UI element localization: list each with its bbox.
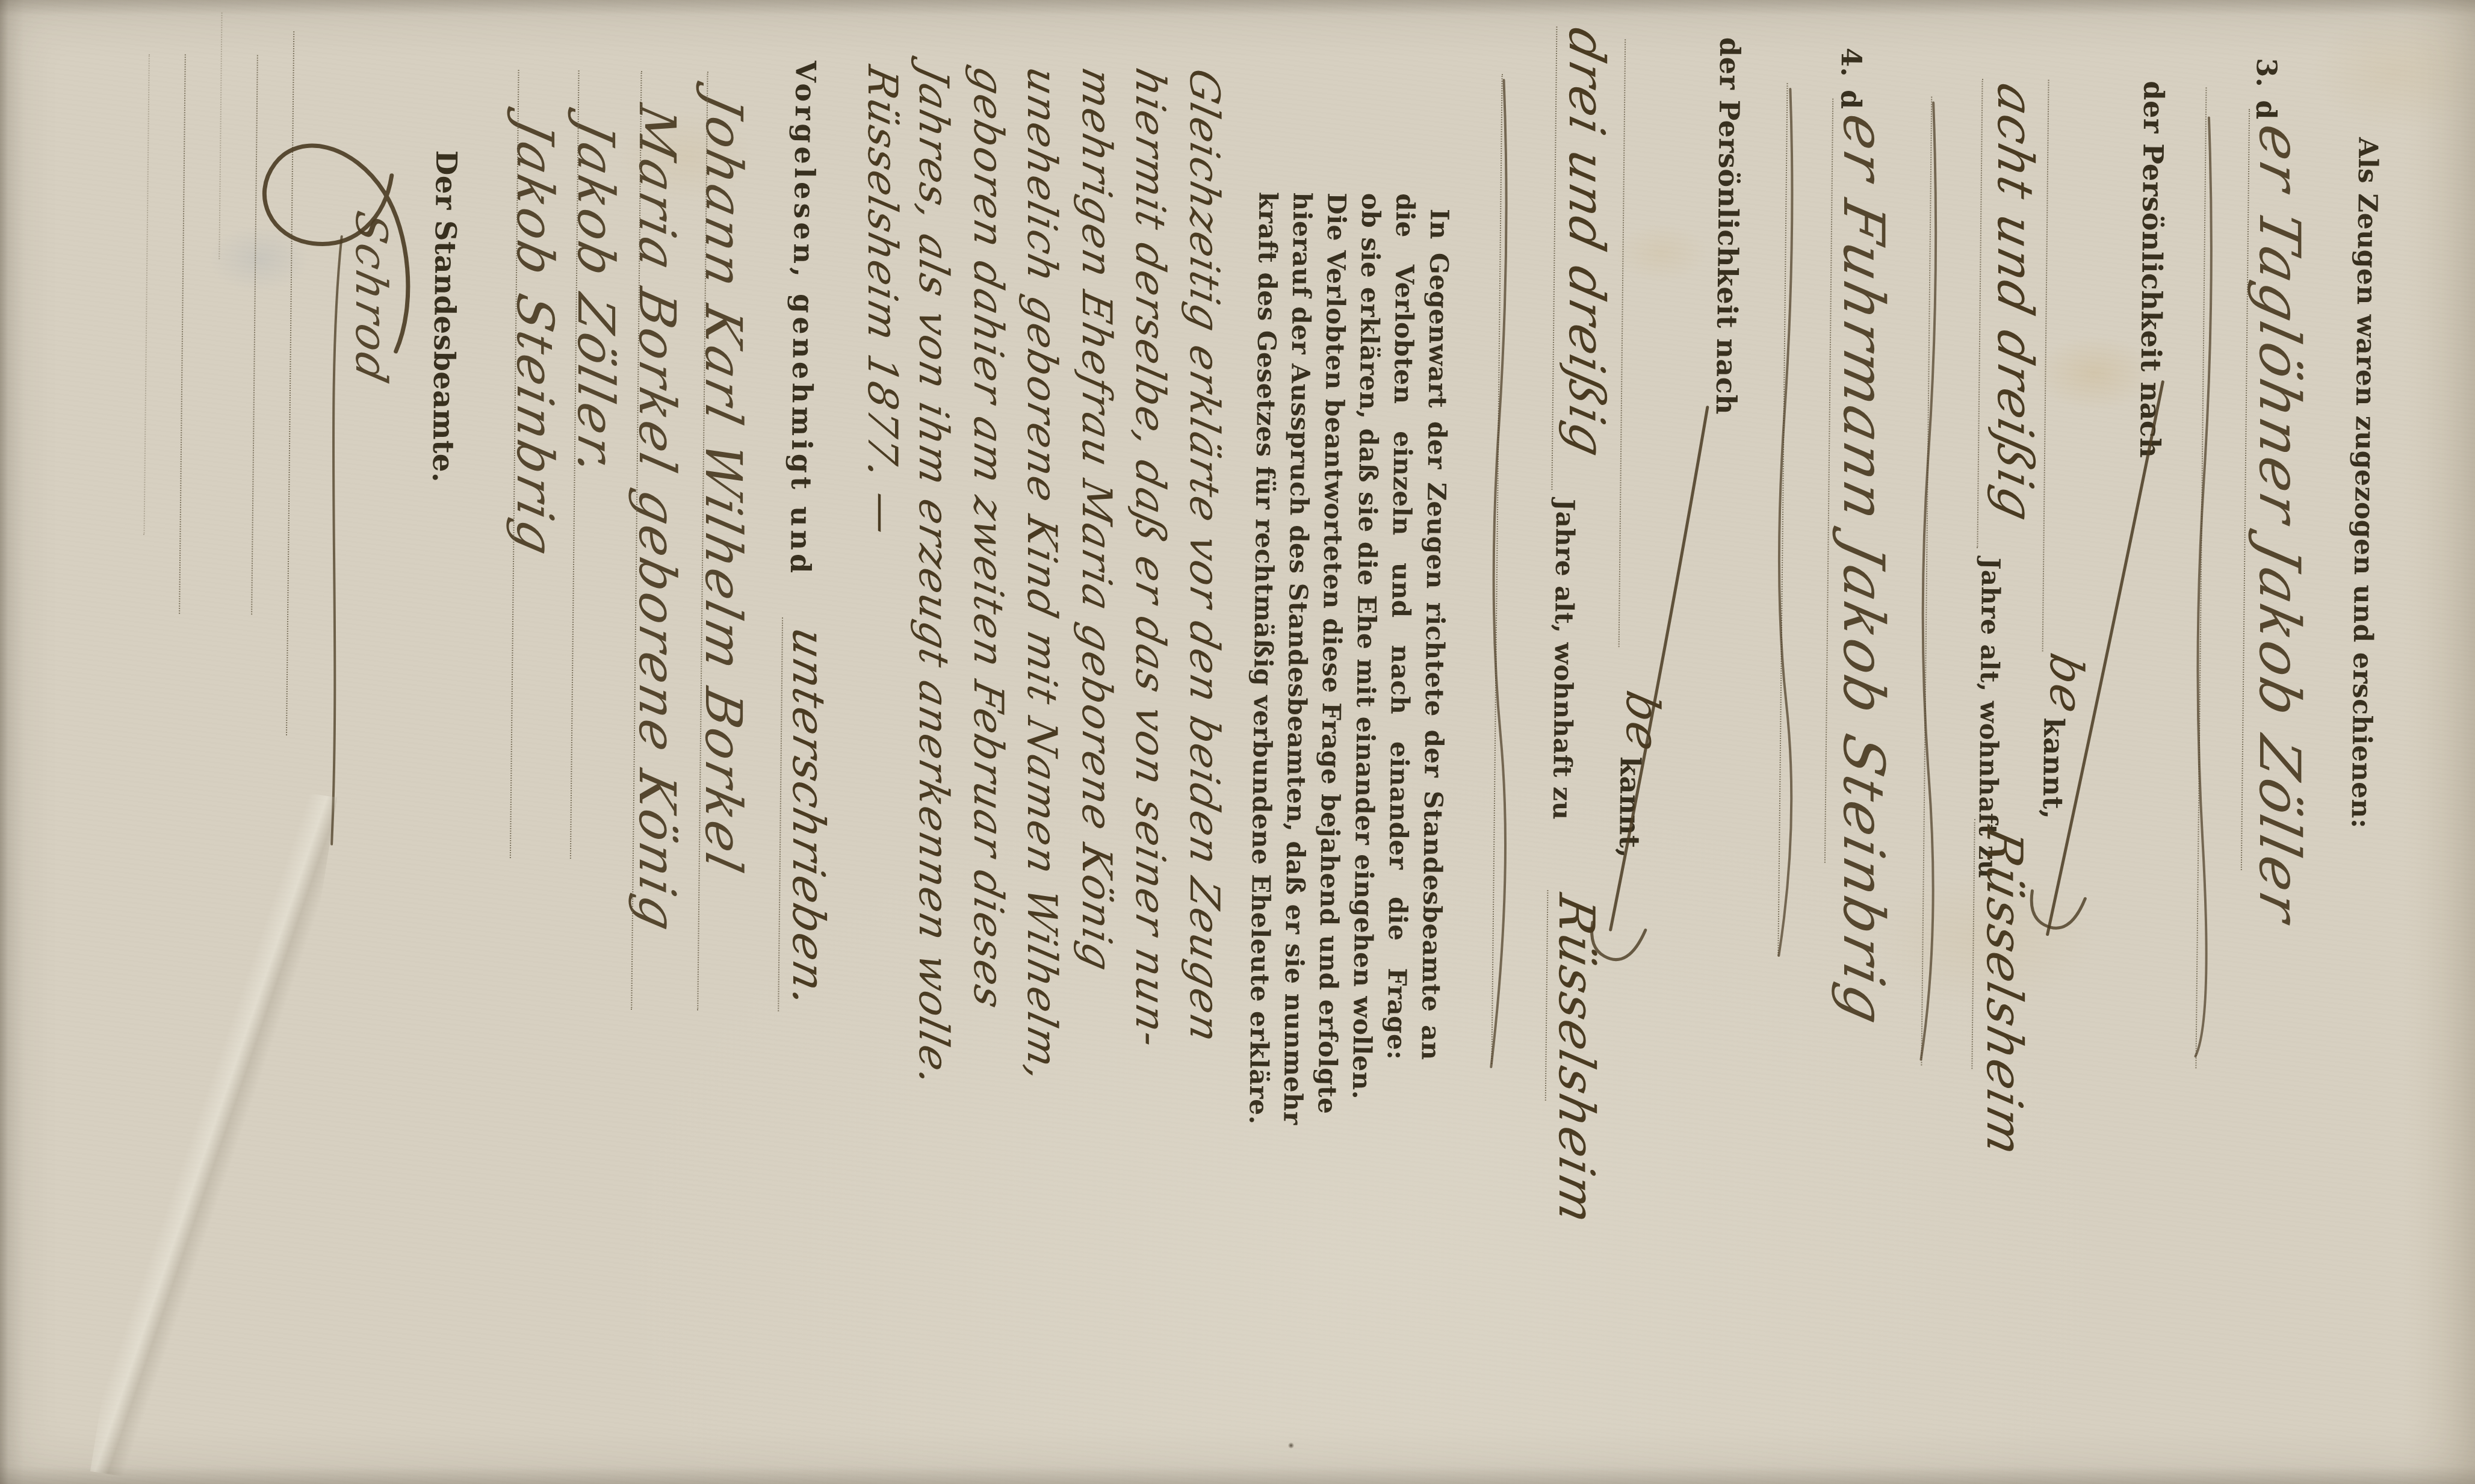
bottom-dotted-rule [143, 54, 149, 536]
witness3-be-handwriting: be [2040, 649, 2093, 720]
bottom-dotted-rule [251, 55, 258, 614]
paraph-tail-stroke [329, 237, 342, 844]
declaration-paragraph-line: Die Verlobten beantworteten diese Frage … [1313, 193, 1351, 1059]
witness3-kannt-label: kannt, [2037, 717, 2071, 819]
witness3-place-handwriting: Rüsselsheim [1975, 821, 2033, 1162]
witness4-be-handwriting: be [1616, 686, 1670, 757]
dotted-rule [1551, 26, 1557, 490]
witness4-name-handwriting: er Fuhrmann Jakob Steinbrig [1830, 108, 1896, 1033]
witness3-age-handwriting: acht und dreißig [1986, 78, 2043, 527]
bottom-dotted-rule [218, 13, 222, 259]
dotted-rule [1971, 819, 1975, 1069]
header-line: Als Zeugen waren zugezogen und erschiene… [2346, 137, 2384, 829]
dotted-rule [1491, 74, 1502, 1064]
witness4-kannt-label: kannt, [1613, 756, 1647, 858]
handwritten-note-line: mehrigen Ehefrau Maria geborene König [1073, 63, 1120, 976]
witness4-age-handwriting: drei und dreißig [1558, 23, 1615, 463]
bottom-dotted-rule [179, 54, 186, 614]
witness3-personality-label: der Persönlichkeit nach [2134, 81, 2170, 459]
handwritten-note-line: unehelich geborene Kind mit Namen Wilhel… [1018, 63, 1065, 1087]
handwritten-note-line: Jahres, als von ihm erzeugt anerkennen w… [909, 61, 957, 1091]
witness3-number: 3. [2250, 58, 2283, 88]
officiant-signature-handwriting: Schrod [346, 206, 397, 389]
witness4-age-label: Jahre alt, wohnhaft zu [1547, 499, 1581, 820]
witness4-prefix: d [1835, 90, 1867, 110]
closing-printed-label: Vorgelesen, genehmigt und [784, 61, 822, 577]
declaration-paragraph-line: die Verlobten einzeln und nach einander … [1381, 193, 1420, 1060]
closing-handwriting: unterschrieben. [782, 623, 834, 1013]
witness4-personality-label: der Persönlichkeit nach [1710, 37, 1747, 415]
witness3-name-handwriting: er Taglöhner Jakob Zöller [2246, 119, 2312, 930]
bottom-dotted-rule [286, 31, 294, 735]
witness4-place-handwriting: Rüsselsheim [1547, 889, 1605, 1230]
standesbeamte-label: Der Standesbeamte. [426, 150, 463, 483]
dotted-rule [1921, 97, 1932, 1066]
handwritten-note-line: Gleichzeitig erklärte vor den beiden Zeu… [1180, 64, 1228, 1048]
declaration-paragraph-line: In Gegenwart der Zeugen richtete der Sta… [1416, 209, 1454, 1060]
handwritten-note-line: Rüsselsheim 1877. — [858, 61, 906, 540]
dotted-rule [2195, 87, 2207, 1068]
flourish-hook-stroke [2031, 891, 2086, 928]
handwritten-note-line: hiermit derselbe, daß er das von seiner … [1126, 64, 1174, 1053]
witness3-prefix: d [2250, 100, 2282, 120]
scanned-document-page: Als Zeugen waren zugezogen und erschiene… [0, 0, 2475, 1484]
witness4-number: 4. [1835, 48, 1868, 78]
dotted-rule [1777, 83, 1788, 956]
document-content-rotated: Als Zeugen waren zugezogen und erschiene… [0, 0, 2475, 1484]
dotted-rule [1977, 79, 1983, 548]
dotted-rule [1619, 39, 1626, 647]
declaration-paragraph-line: kraft des Gesetzes für rechtmäßig verbun… [1244, 192, 1283, 1125]
handwritten-note-line: geboren dahier am zweiten Februar dieses [964, 62, 1012, 1014]
declaration-paragraph-line: ob sie erklären, daß sie die Ehe mit ein… [1347, 193, 1386, 1060]
declaration-paragraph-line: hierauf der Ausspruch des Standesbeamten… [1278, 192, 1317, 1059]
